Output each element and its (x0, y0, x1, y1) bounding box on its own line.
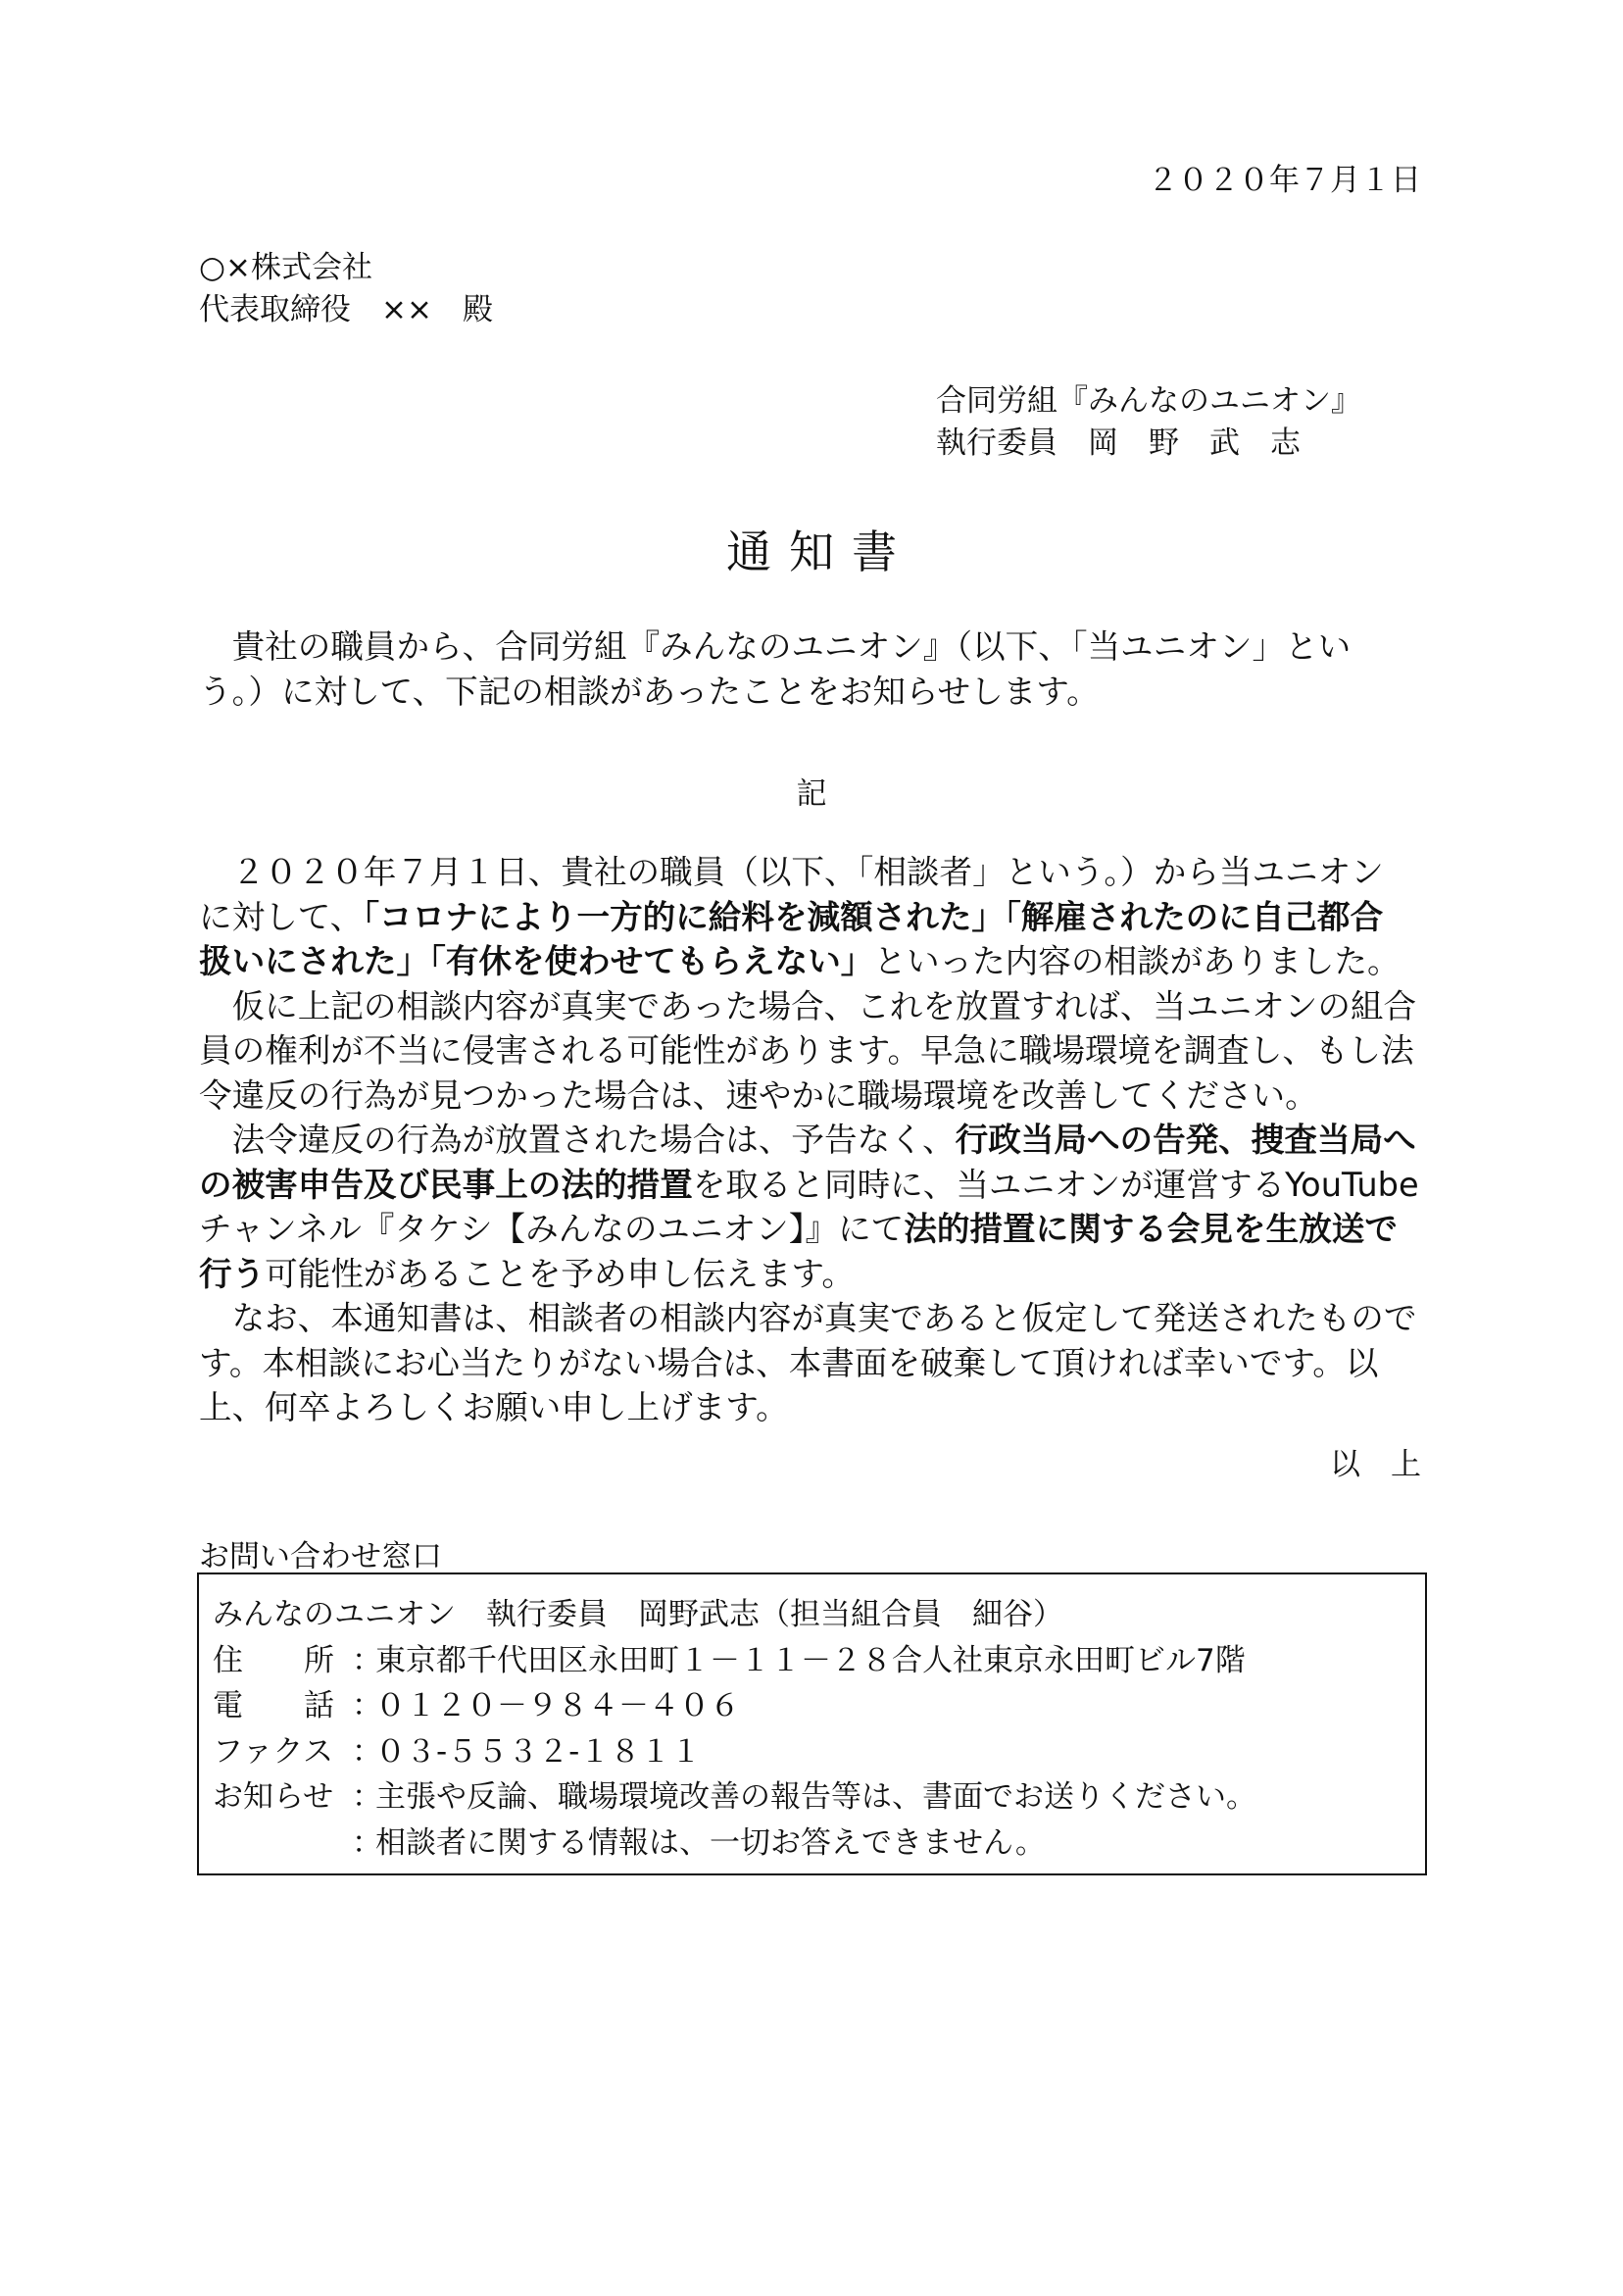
emphasized-text: 行政当局への告発、捜査当局へ (956, 1121, 1416, 1159)
contact-label: ファクス (213, 1729, 352, 1775)
body-paragraphs: ２０２０年７月１日、貴社の職員（以下、「相談者」という。）から当ユニオンに対して… (199, 850, 1424, 1430)
emphasized-text: 扱いにされた」「有休を使わせてもらえない」 (199, 942, 873, 980)
ki-marker: 記 (0, 769, 1623, 813)
body-text: ２０２０年７月１日、貴社の職員（以下、「相談者」という。）から当ユニオン (199, 853, 1384, 891)
contact-value: 相談者に関する情報は、一切お答えできません。 (375, 1821, 1046, 1867)
contact-value: 主張や反論、職場環境改善の報告等は、書面でお送りください。 (375, 1774, 1256, 1821)
contact-heading: お問い合わせ窓口 (199, 1531, 442, 1575)
recipient-title: 代表取締役 ×× 殿 (199, 289, 493, 331)
body-text: 員の権利が不当に侵害される可能性があります。早急に職場環境を調査し、もし法 (199, 1031, 1414, 1070)
contact-label: 住 所 (213, 1638, 352, 1684)
body-text: 仮に上記の相談内容が真実であった場合、これを放置すれば、当ユニオンの組合 (199, 987, 1416, 1025)
intro-paragraph: 貴社の職員から、合同労組『みんなのユニオン』（以下、「当ユニオン」とい う。）に… (199, 624, 1424, 714)
body-text: 上、何卒よろしくお願い申し上げます。 (199, 1388, 789, 1426)
contact-row: ファクス：０３-５５３２-１８１１ (213, 1729, 1256, 1775)
document-date: ２０２０年７月１日 (1148, 155, 1421, 199)
body-text: を取ると同時に、当ユニオンが運営するYouTube (693, 1166, 1419, 1204)
recipient-block: ○×株式会社 代表取締役 ×× 殿 (199, 247, 493, 331)
intro-line: 貴社の職員から、合同労組『みんなのユニオン』（以下、「当ユニオン」とい (199, 624, 1424, 670)
body-text: チャンネル『タケシ【みんなのユニオン】』にて (199, 1210, 904, 1248)
contact-org-line: みんなのユニオン 執行委員 岡野武志（担当組合員 細谷） (213, 1592, 1256, 1638)
body-text: に対して、 (199, 898, 363, 936)
contact-box: みんなのユニオン 執行委員 岡野武志（担当組合員 細谷） 住 所：東京都千代田区… (197, 1572, 1427, 1875)
document-title: 通知書 (0, 517, 1623, 581)
contact-label (213, 1821, 352, 1867)
contact-separator: ： (352, 1638, 375, 1684)
contact-value: ０１２０－９８４－４０６ (375, 1683, 740, 1729)
contact-label: 電 話 (213, 1683, 352, 1729)
emphasized-text: 行う (199, 1255, 265, 1293)
contact-row: お知らせ：主張や反論、職場環境改善の報告等は、書面でお送りください。 (213, 1774, 1256, 1821)
emphasized-text: 「コロナにより一方的に給料を減額された」「解雇されたのに自己都合 (363, 898, 1383, 936)
recipient-company: ○×株式会社 (199, 247, 493, 289)
body-text: 可能性があることを予め申し伝えます。 (265, 1255, 855, 1293)
body-line: の被害申告及び民事上の法的措置を取ると同時に、当ユニオンが運営するYouTube (199, 1163, 1424, 1208)
body-line: ２０２０年７月１日、貴社の職員（以下、「相談者」という。）から当ユニオン (199, 850, 1424, 895)
body-line: 令違反の行為が見つかった場合は、速やかに職場環境を改善してください。 (199, 1073, 1424, 1119)
intro-line: う。）に対して、下記の相談があったことをお知らせします。 (199, 670, 1424, 715)
emphasized-text: の被害申告及び民事上の法的措置 (199, 1166, 693, 1204)
contact-lines: みんなのユニオン 執行委員 岡野武志（担当組合員 細谷） 住 所：東京都千代田区… (213, 1592, 1256, 1866)
contact-separator: ： (352, 1821, 375, 1867)
contact-value: ０３-５５３２-１８１１ (375, 1729, 701, 1775)
body-line: 上、何卒よろしくお願い申し上げます。 (199, 1385, 1424, 1430)
contact-separator: ： (352, 1729, 375, 1775)
emphasized-text: 法的措置に関する会見を生放送で (904, 1210, 1398, 1248)
body-line: チャンネル『タケシ【みんなのユニオン】』にて法的措置に関する会見を生放送で (199, 1207, 1424, 1252)
body-text: といった内容の相談がありました。 (873, 942, 1400, 980)
contact-row: 住 所：東京都千代田区永田町１－１１－２８合人社東京永田町ビル7階 (213, 1638, 1256, 1684)
contact-separator: ： (352, 1683, 375, 1729)
body-text: 法令違反の行為が放置された場合は、予告なく、 (199, 1121, 956, 1159)
body-text: なお、本通知書は、相談者の相談内容が真実であると仮定して発送されたもので (199, 1299, 1416, 1337)
body-line: 扱いにされた」「有休を使わせてもらえない」といった内容の相談がありました。 (199, 939, 1424, 984)
sender-signatory: 執行委員 岡 野 武 志 (936, 423, 1361, 465)
contact-label: お知らせ (213, 1774, 352, 1821)
closing-mark: 以 上 (1330, 1439, 1421, 1483)
contact-separator: ： (352, 1774, 375, 1821)
body-text: 令違反の行為が見つかった場合は、速やかに職場環境を改善してください。 (199, 1076, 1318, 1115)
body-line: に対して、「コロナにより一方的に給料を減額された」「解雇されたのに自己都合 (199, 895, 1424, 940)
contact-row: ：相談者に関する情報は、一切お答えできません。 (213, 1821, 1256, 1867)
contact-value: 東京都千代田区永田町１－１１－２８合人社東京永田町ビル7階 (375, 1638, 1246, 1684)
body-line: 法令違反の行為が放置された場合は、予告なく、行政当局への告発、捜査当局へ (199, 1118, 1424, 1163)
body-line: なお、本通知書は、相談者の相談内容が真実であると仮定して発送されたもので (199, 1296, 1424, 1341)
contact-row: 電 話：０１２０－９８４－４０６ (213, 1683, 1256, 1729)
body-line: す。本相談にお心当たりがない場合は、本書面を破棄して頂ければ幸いです。以 (199, 1341, 1424, 1386)
sender-organization: 合同労組『みんなのユニオン』 (936, 380, 1361, 423)
body-line: 員の権利が不当に侵害される可能性があります。早急に職場環境を調査し、もし法 (199, 1028, 1424, 1073)
sender-block: 合同労組『みんなのユニオン』 執行委員 岡 野 武 志 (936, 380, 1361, 465)
body-line: 行う可能性があることを予め申し伝えます。 (199, 1252, 1424, 1297)
body-text: す。本相談にお心当たりがない場合は、本書面を破棄して頂ければ幸いです。以 (199, 1344, 1378, 1382)
body-line: 仮に上記の相談内容が真実であった場合、これを放置すれば、当ユニオンの組合 (199, 984, 1424, 1029)
